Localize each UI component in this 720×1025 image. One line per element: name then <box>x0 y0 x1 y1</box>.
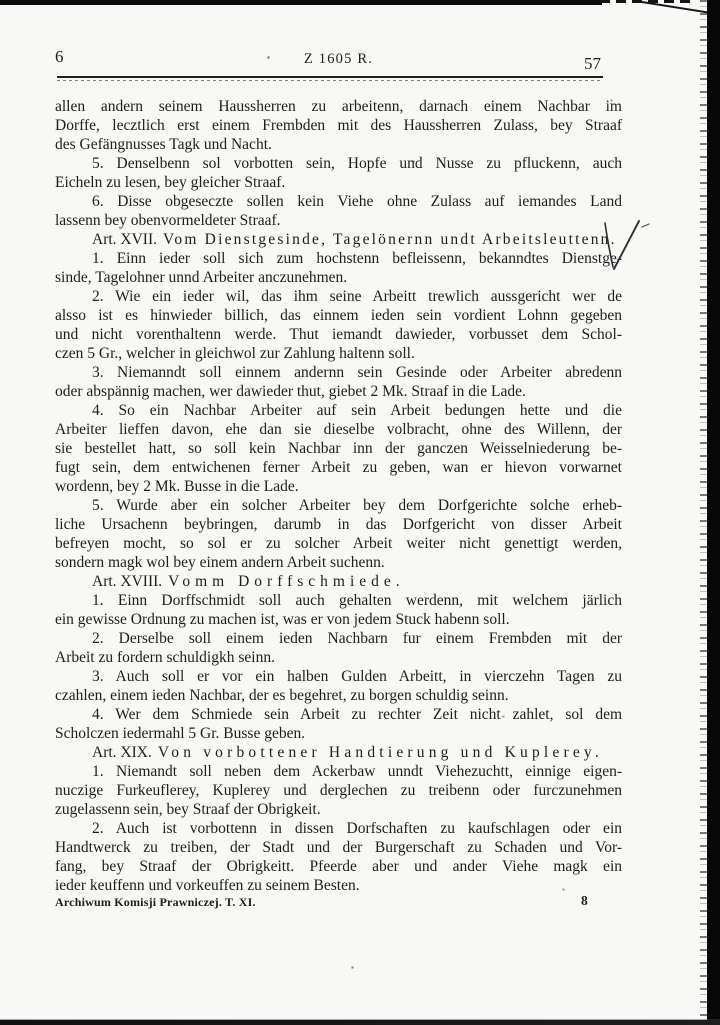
paragraph: 3. Auch soll er vor ein halben Gulden Ar… <box>55 667 622 705</box>
text-line: 2. Derselbe soll einem ieden Nachbarn fu… <box>55 629 622 648</box>
text-line: zugelassenn sein, bey Straaf der Obrigke… <box>55 800 622 819</box>
text-line: liche Ursachenn beybringen, darumb in da… <box>55 515 622 534</box>
text-line: ieder keuffenn und vorkeuffen zu seinem … <box>55 876 622 895</box>
text-line: Scholczen iedermahl 5 Gr. Busse geben. <box>55 724 622 743</box>
text-line: 4. So ein Nachbar Arbeiter auf sein Arbe… <box>55 401 622 420</box>
body-text: allen andern seinem Haussherren zu arbei… <box>55 97 622 895</box>
text-line: 4. Wer dem Schmiede sein Arbeit zu recht… <box>55 705 622 724</box>
text-line: 1. Niemandt soll neben dem Ackerbaw unnd… <box>55 762 622 781</box>
article-heading: Art. XVIII.Vomm Dorffschmiede. <box>55 572 622 591</box>
paragraph: 2. Derselbe soll einem ieden Nachbarn fu… <box>55 629 622 667</box>
text-line: czen 5 Gr., welcher in gleichwol zur Zah… <box>55 344 622 363</box>
scan-edge-bottom <box>0 1020 720 1025</box>
paragraph: 1. Niemandt soll neben dem Ackerbaw unnd… <box>55 762 622 819</box>
text-line: ein gewisse Ordnung zu machen ist, was e… <box>55 610 622 629</box>
header-title: Z 1605 R. <box>55 51 622 68</box>
text-line: Eicheln zu lesen, bey gleicher Straaf. <box>55 173 622 192</box>
article-title: Vom Dienstgesinde, Tagelönernn undt Arbe… <box>163 231 617 248</box>
text-line: Arbeit zu fordern schuldigkh seinn. <box>55 648 622 667</box>
footer-signature-number: 8 <box>581 893 588 909</box>
scan-edge-right-speckle <box>700 0 707 1025</box>
article-heading: Art. XIX.Von vorbottener Handtierung und… <box>55 743 622 762</box>
paragraph: 5. Wurde aber ein solcher Arbeiter bey d… <box>55 496 622 572</box>
heading-line: Art. XIX.Von vorbottener Handtierung und… <box>55 743 622 762</box>
paragraph: 1. Einn Dorffschmidt soll auch gehalten … <box>55 591 622 629</box>
text-line: 3. Niemanndt soll einnem andernn sein Ge… <box>55 363 622 382</box>
text-line: 5. Denselbenn sol vorbotten sein, Hopfe … <box>55 154 622 173</box>
text-line: oder abspännig machen, wer dawieder thut… <box>55 382 622 401</box>
text-line: 6. Disse obgeseczte sollen kein Viehe oh… <box>55 192 622 211</box>
text-line: 1. Einn Dorffschmidt soll auch gehalten … <box>55 591 622 610</box>
text-line: alsso ist es hinwieder billich, das einn… <box>55 306 622 325</box>
paragraph: 2. Auch ist vorbottenn in dissen Dorfsch… <box>55 819 622 895</box>
header-rule-dotted <box>57 80 600 81</box>
scan-edge-right <box>707 0 720 1025</box>
paragraph: 4. Wer dem Schmiede sein Arbeit zu recht… <box>55 705 622 743</box>
paragraph: 1. Einn ieder soll sich zum hochstenn be… <box>55 249 622 287</box>
scan-noise-specks <box>0 0 1 1</box>
text-line: Arbeiter lieffen davon, ehe dan sie dies… <box>55 420 622 439</box>
text-line: nuczige Furkeuflerey, Kuplerey und dergl… <box>55 781 622 800</box>
footer-source-line: Archiwum Komisji Prawniczej. T. XI. <box>55 895 256 910</box>
header-rule <box>57 76 603 78</box>
paragraph: 5. Denselbenn sol vorbotten sein, Hopfe … <box>55 154 622 192</box>
text-line: 2. Auch ist vorbottenn in dissen Dorfsch… <box>55 819 622 838</box>
text-line: befreyen mocht, so sol er zu solcher Arb… <box>55 534 622 553</box>
heading-line: Art. XVIII.Vomm Dorffschmiede. <box>55 572 622 591</box>
check-mark-icon <box>597 213 655 279</box>
text-line: und nicht vorenthaltenn werde. Thut iema… <box>55 325 622 344</box>
text-line: fugt sein, dem entwichenen ferner Arbeit… <box>55 458 622 477</box>
text-line: 1. Einn ieder soll sich zum hochstenn be… <box>55 249 622 268</box>
scan-edge-top <box>0 0 602 5</box>
text-line: lassenn bey obenvormeldeter Straaf. <box>55 211 622 230</box>
text-line: sinde, Tagelohner unnd Arbeiter anczuneh… <box>55 268 622 287</box>
paragraph: 3. Niemanndt soll einnem andernn sein Ge… <box>55 363 622 401</box>
header-folio-number: 57 <box>584 54 601 74</box>
article-label: Art. XIX. <box>92 744 152 761</box>
paragraph: allen andern seinem Haussherren zu arbei… <box>55 97 622 154</box>
article-label: Art. XVII. <box>92 231 157 248</box>
text-line: czahlen, einem ieden Nachbar, der es beg… <box>55 686 622 705</box>
text-line: 3. Auch soll er vor ein halben Gulden Ar… <box>55 667 622 686</box>
text-line: sondern magk wol bey einem andern Arbeit… <box>55 553 622 572</box>
text-line: Handtwerck zu treiben, der Stadt und der… <box>55 838 622 857</box>
article-title: Vomm Dorffschmiede. <box>168 573 405 590</box>
article-title: Von vorbottener Handtierung und Kuplerey… <box>158 744 603 761</box>
text-line: des Gefängnusses Tagk und Nacht. <box>55 135 622 154</box>
paragraph: 4. So ein Nachbar Arbeiter auf sein Arbe… <box>55 401 622 496</box>
text-line: wordenn, bey 2 Mk. Busse in die Lade. <box>55 477 622 496</box>
text-line: sie bestellet hatt, so soll kein Nachbar… <box>55 439 622 458</box>
paragraph: 2. Wie ein ieder wil, das ihm seine Arbe… <box>55 287 622 363</box>
text-line: 5. Wurde aber ein solcher Arbeiter bey d… <box>55 496 622 515</box>
text-line: allen andern seinem Haussherren zu arbei… <box>55 97 622 116</box>
paragraph: 6. Disse obgeseczte sollen kein Viehe oh… <box>55 192 622 230</box>
text-line: fang, bey Straaf der Obrigkeitt. Pfeerde… <box>55 857 622 876</box>
heading-line: Art. XVII.Vom Dienstgesinde, Tagelönernn… <box>55 230 622 249</box>
article-heading: Art. XVII.Vom Dienstgesinde, Tagelönernn… <box>55 230 622 249</box>
text-line: 2. Wie ein ieder wil, das ihm seine Arbe… <box>55 287 622 306</box>
article-label: Art. XVIII. <box>92 573 162 590</box>
text-line: Dorffe, lecztlich erst einem Frembden mi… <box>55 116 622 135</box>
